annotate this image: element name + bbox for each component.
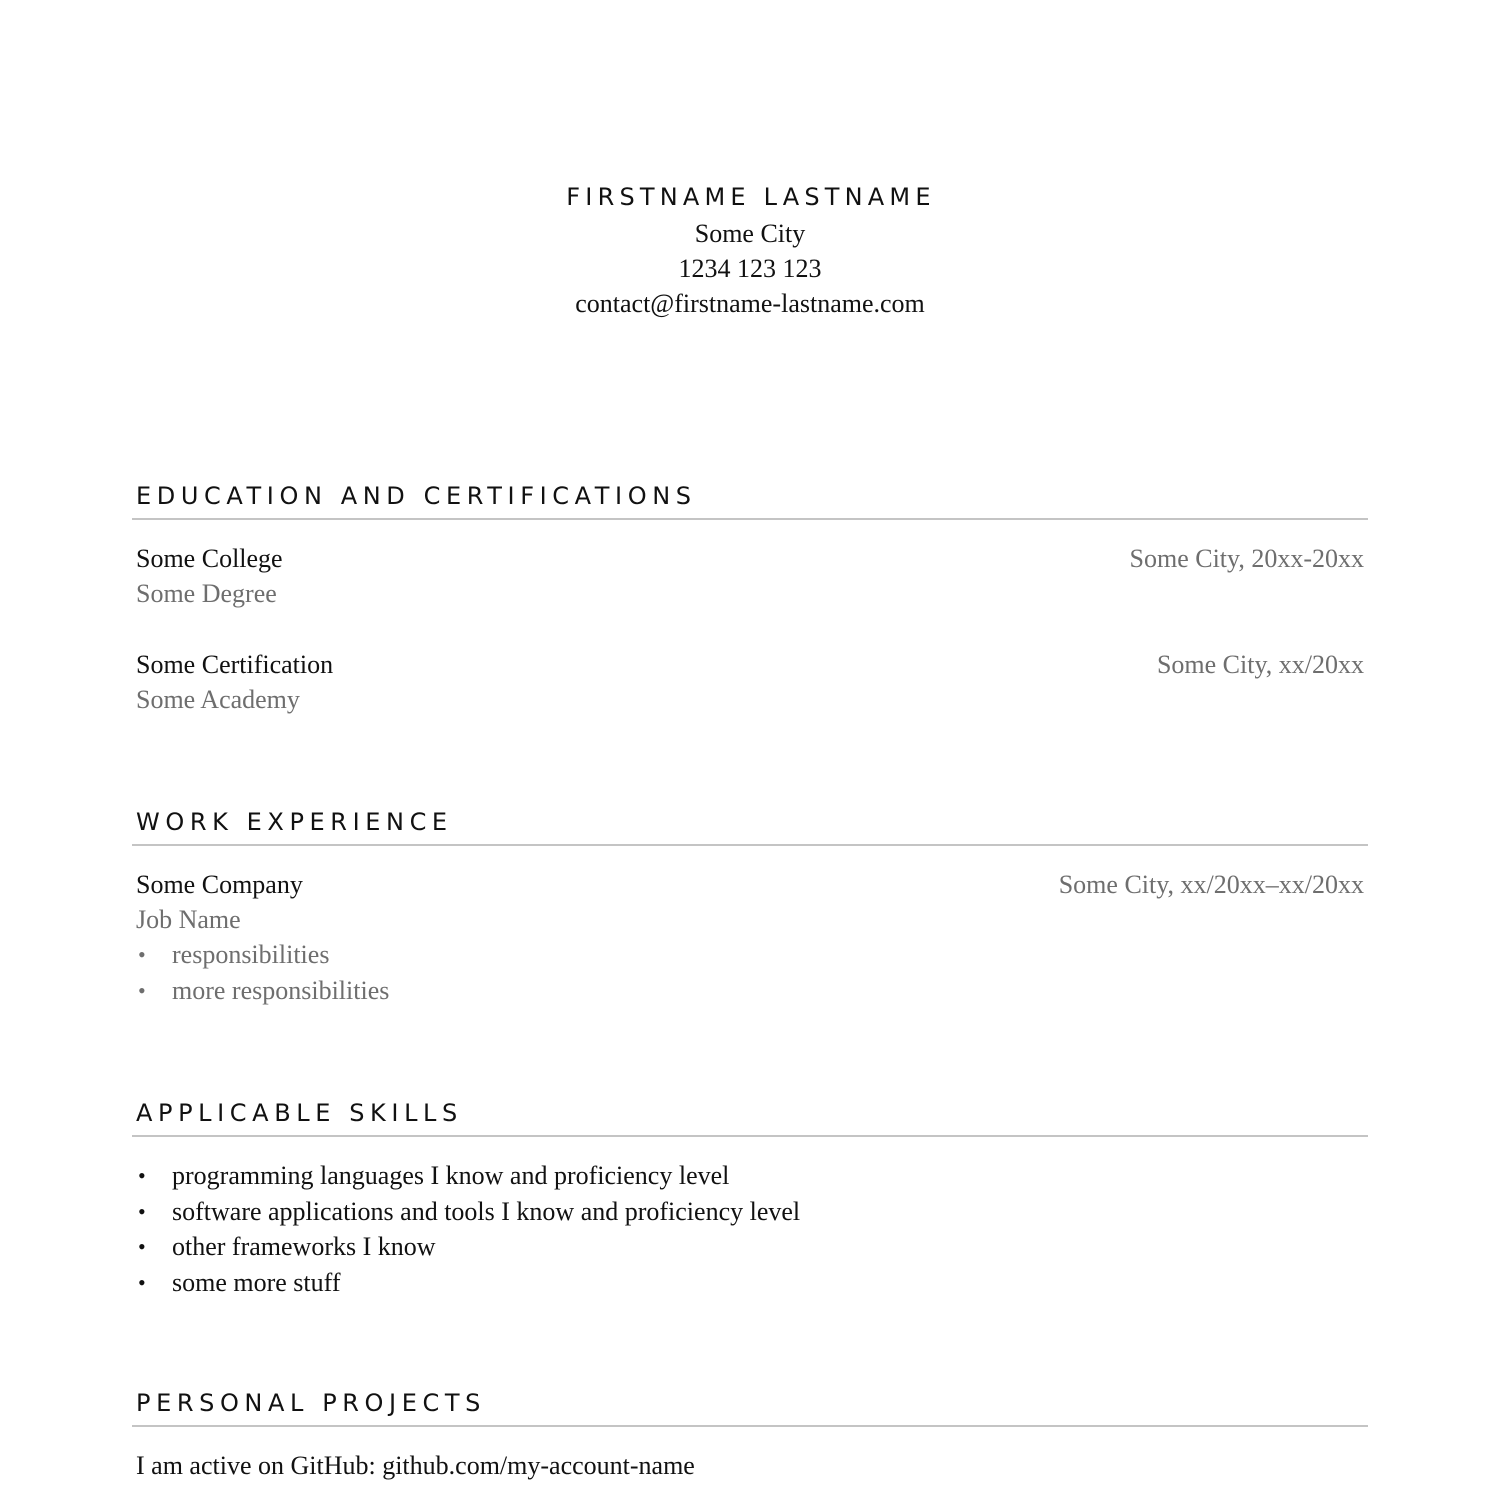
section-title-skills: APPLICABLE SKILLS (136, 1096, 1368, 1130)
section-divider (132, 1425, 1368, 1427)
education-entry: Some College Some City, 20xx-20xx Some D… (132, 541, 1368, 611)
skills-entry: •programming languages I know and profic… (132, 1158, 1368, 1300)
degree-name: Some Degree (136, 576, 1364, 611)
projects-entry: I am active on GitHub: github.com/my-acc… (132, 1448, 1368, 1483)
section-work-experience: WORK EXPERIENCE Some Company Some City, … (132, 805, 1368, 1008)
full-name: FIRSTNAME LASTNAME (0, 178, 1500, 216)
contact-email[interactable]: contact@firstname-lastname.com (0, 286, 1500, 321)
certification-name: Some Certification (136, 647, 333, 682)
list-item: •other frameworks I know (136, 1229, 1364, 1265)
section-divider (132, 518, 1368, 520)
bullet-icon: • (138, 1158, 146, 1194)
work-entry: Some Company Some City, xx/20xx–xx/20xx … (132, 867, 1368, 1008)
section-title-projects: PERSONAL PROJECTS (136, 1386, 1368, 1420)
resume-header: FIRSTNAME LASTNAME Some City 1234 123 12… (0, 178, 1500, 321)
section-divider (132, 844, 1368, 846)
entry-location-date: Some City, xx/20xx (1157, 647, 1364, 682)
contact-city: Some City (0, 216, 1500, 251)
section-divider (132, 1135, 1368, 1137)
bullet-icon: • (138, 1229, 146, 1265)
list-item: •more responsibilities (136, 973, 1364, 1009)
section-title-work: WORK EXPERIENCE (136, 805, 1368, 839)
institution-name: Some College (136, 541, 283, 576)
skills-list: •programming languages I know and profic… (136, 1158, 1364, 1300)
bullet-icon: • (138, 1194, 146, 1230)
entry-location-date: Some City, 20xx-20xx (1130, 541, 1364, 576)
job-title: Job Name (136, 902, 1364, 937)
section-title-education: EDUCATION AND CERTIFICATIONS (136, 479, 1368, 513)
section-skills: APPLICABLE SKILLS •programming languages… (132, 1096, 1368, 1300)
company-name: Some Company (136, 867, 303, 902)
bullet-icon: • (138, 937, 146, 973)
academy-name: Some Academy (136, 682, 1364, 717)
section-education: EDUCATION AND CERTIFICATIONS Some Colleg… (132, 479, 1368, 717)
certification-entry: Some Certification Some City, xx/20xx So… (132, 647, 1368, 717)
bullet-icon: • (138, 973, 146, 1009)
list-item: •responsibilities (136, 937, 1364, 973)
list-item: •some more stuff (136, 1265, 1364, 1301)
section-personal-projects: PERSONAL PROJECTS I am active on GitHub:… (132, 1386, 1368, 1483)
github-note[interactable]: I am active on GitHub: github.com/my-acc… (136, 1448, 1364, 1483)
contact-phone: 1234 123 123 (0, 251, 1500, 286)
list-item: •software applications and tools I know … (136, 1194, 1364, 1230)
list-item: •programming languages I know and profic… (136, 1158, 1364, 1194)
responsibility-list: •responsibilities •more responsibilities (136, 937, 1364, 1008)
bullet-icon: • (138, 1265, 146, 1301)
entry-location-date: Some City, xx/20xx–xx/20xx (1059, 867, 1364, 902)
